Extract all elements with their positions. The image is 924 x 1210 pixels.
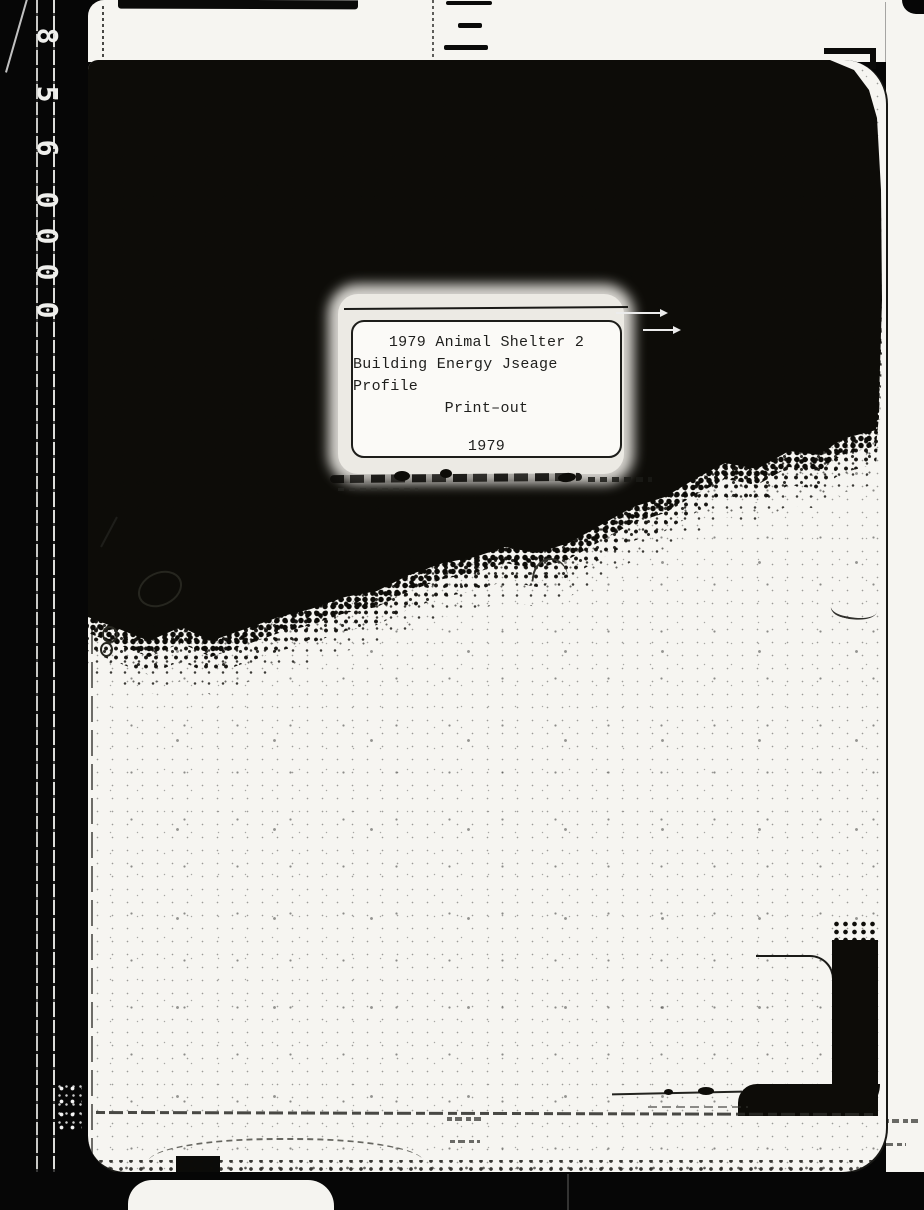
registration-dash: [458, 23, 482, 28]
crease-smudge-dashes: [447, 1117, 483, 1121]
binder-corner-smudge: [738, 1084, 880, 1116]
arrow-right-icon: [643, 329, 679, 331]
film-frame-digit: 6: [31, 132, 63, 164]
film-frame-digit: 0: [31, 294, 63, 326]
toner-blob: [698, 1087, 714, 1095]
title-year: 1979: [468, 436, 505, 458]
film-scratch-line: [567, 1174, 569, 1210]
toner-blob: [440, 469, 452, 478]
film-frame-digit: 8: [31, 20, 63, 52]
next-frame-tab: [128, 1180, 334, 1210]
crease-smudge-dashes: [450, 1140, 480, 1143]
film-frame-digit: 0: [31, 256, 63, 288]
arrow-right-icon: [616, 312, 666, 314]
dotted-line-left: [102, 6, 104, 60]
title-line-1: 1979 Animal Shelter 2: [389, 332, 584, 354]
toner-blob: [664, 1089, 673, 1095]
film-strip: 8560000: [0, 0, 88, 1210]
smudge-tail-line: [648, 1106, 748, 1108]
frame-gap-top: [88, 0, 924, 62]
toner-blob: [394, 471, 410, 481]
page-bottom-fringe: [94, 1160, 880, 1172]
microfilm-frame: 8560000 1979 Animal She: [0, 0, 924, 1210]
film-frame-number: 8560000: [0, 0, 88, 340]
registration-dash: [446, 1, 492, 5]
title-line-2: Building Energy Jseage Profile: [353, 354, 620, 398]
film-frame-digit: 0: [31, 220, 63, 252]
film-frame-digit: 0: [31, 184, 63, 216]
inner-cover-corner-outline: [756, 955, 834, 1089]
title-label: 1979 Animal Shelter 2 Building Energy Js…: [351, 320, 622, 458]
previous-frame-edge-bar: [118, 0, 358, 9]
film-speck-cluster: [56, 1082, 82, 1130]
film-frame-digit: 5: [31, 78, 63, 110]
dotted-line-middle: [432, 0, 434, 62]
title-line-3: Print–out: [445, 398, 529, 420]
smudge-dots: [588, 477, 652, 482]
smudge-dots: [338, 488, 418, 491]
doodle-loop: [100, 642, 113, 657]
margin-smudge-dashes: [884, 1119, 918, 1123]
document-page: 1979 Animal Shelter 2 Building Energy Js…: [88, 60, 888, 1174]
registration-dash: [444, 45, 488, 50]
frame-gap-right: [886, 0, 924, 1172]
frame-gap-bottom: [0, 1172, 924, 1210]
